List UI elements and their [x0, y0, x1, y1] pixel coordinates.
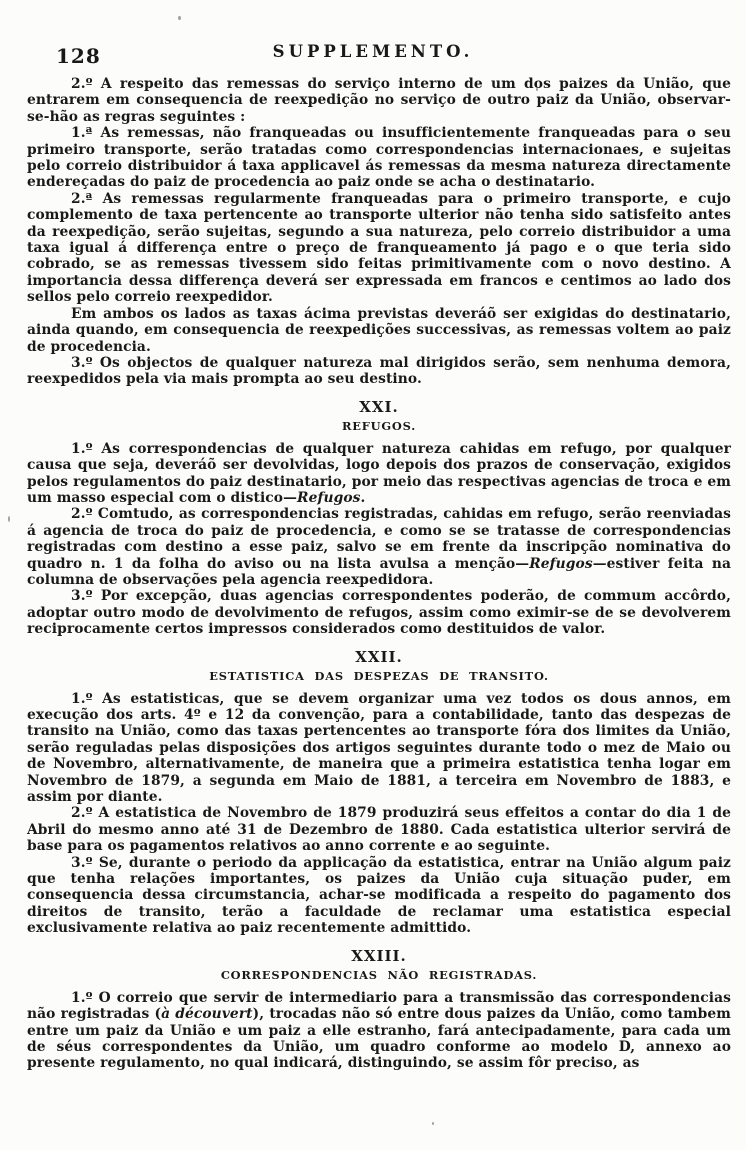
- section-xxii-number: XXII.: [27, 648, 731, 666]
- paragraph-estatistica-1: 1.º As estatisticas, que se devem organi…: [27, 691, 731, 806]
- paragraph-remessas-rule1: 1.ª As remessas, não franqueadas ou insu…: [27, 125, 731, 191]
- refugos-italic-label: Refugos: [529, 556, 593, 572]
- paragraph-remessas-intro: 2.º A respeito das remessas do serviço i…: [27, 76, 731, 125]
- refugos-italic-label: Refugos: [297, 490, 361, 506]
- section-xxii-title: ESTATISTICA DAS DESPEZAS DE TRANSITO.: [27, 669, 731, 683]
- paragraph-correspondencias-1: 1.º O correio que servir de intermediari…: [27, 990, 731, 1072]
- paragraph-estatistica-2: 2.º A estatistica de Novembro de 1879 pr…: [27, 805, 731, 854]
- section-xxi-number: XXI.: [27, 398, 731, 416]
- paragraph-objectos-mal-dirigidos: 3.º Os objectos de qualquer natureza mal…: [27, 355, 731, 388]
- document-page: 128 SUPPLEMENTO. 2.º A respeito das reme…: [0, 0, 746, 1150]
- page-number: 128: [56, 44, 101, 68]
- scan-artifact: [178, 16, 181, 20]
- paragraph-text: .: [361, 490, 366, 506]
- scan-artifact: [432, 1122, 434, 1125]
- paragraph-taxas-ambos: Em ambos os lados as taxas ácima previst…: [27, 306, 731, 355]
- section-xxiii-number: XXIII.: [27, 947, 731, 965]
- section-xxi-title: REFUGOS.: [27, 419, 731, 433]
- decouvert-italic-label: à découvert: [161, 1006, 253, 1022]
- paragraph-remessas-rule2: 2.ª As remessas regularmente franqueadas…: [27, 191, 731, 306]
- page-header: 128 SUPPLEMENTO.: [0, 42, 746, 68]
- document-body: 2.º A respeito das remessas do serviço i…: [27, 76, 731, 1072]
- page-title: SUPPLEMENTO.: [0, 42, 746, 61]
- scan-artifact: [8, 516, 10, 522]
- paragraph-refugos-3: 3.º Por excepção, duas agencias correspo…: [27, 588, 731, 637]
- paragraph-estatistica-3: 3.º Se, durante o periodo da applicação …: [27, 855, 731, 937]
- paragraph-refugos-1: 1.º As correspondencias de qualquer natu…: [27, 441, 731, 507]
- paragraph-text: 1.º As correspondencias de qualquer natu…: [27, 441, 731, 506]
- scan-artifact: [536, 88, 538, 91]
- paragraph-refugos-2: 2.º Comtudo, as correspondencias registr…: [27, 506, 731, 588]
- section-xxiii-title: CORRESPONDENCIAS NÃO REGISTRADAS.: [27, 968, 731, 982]
